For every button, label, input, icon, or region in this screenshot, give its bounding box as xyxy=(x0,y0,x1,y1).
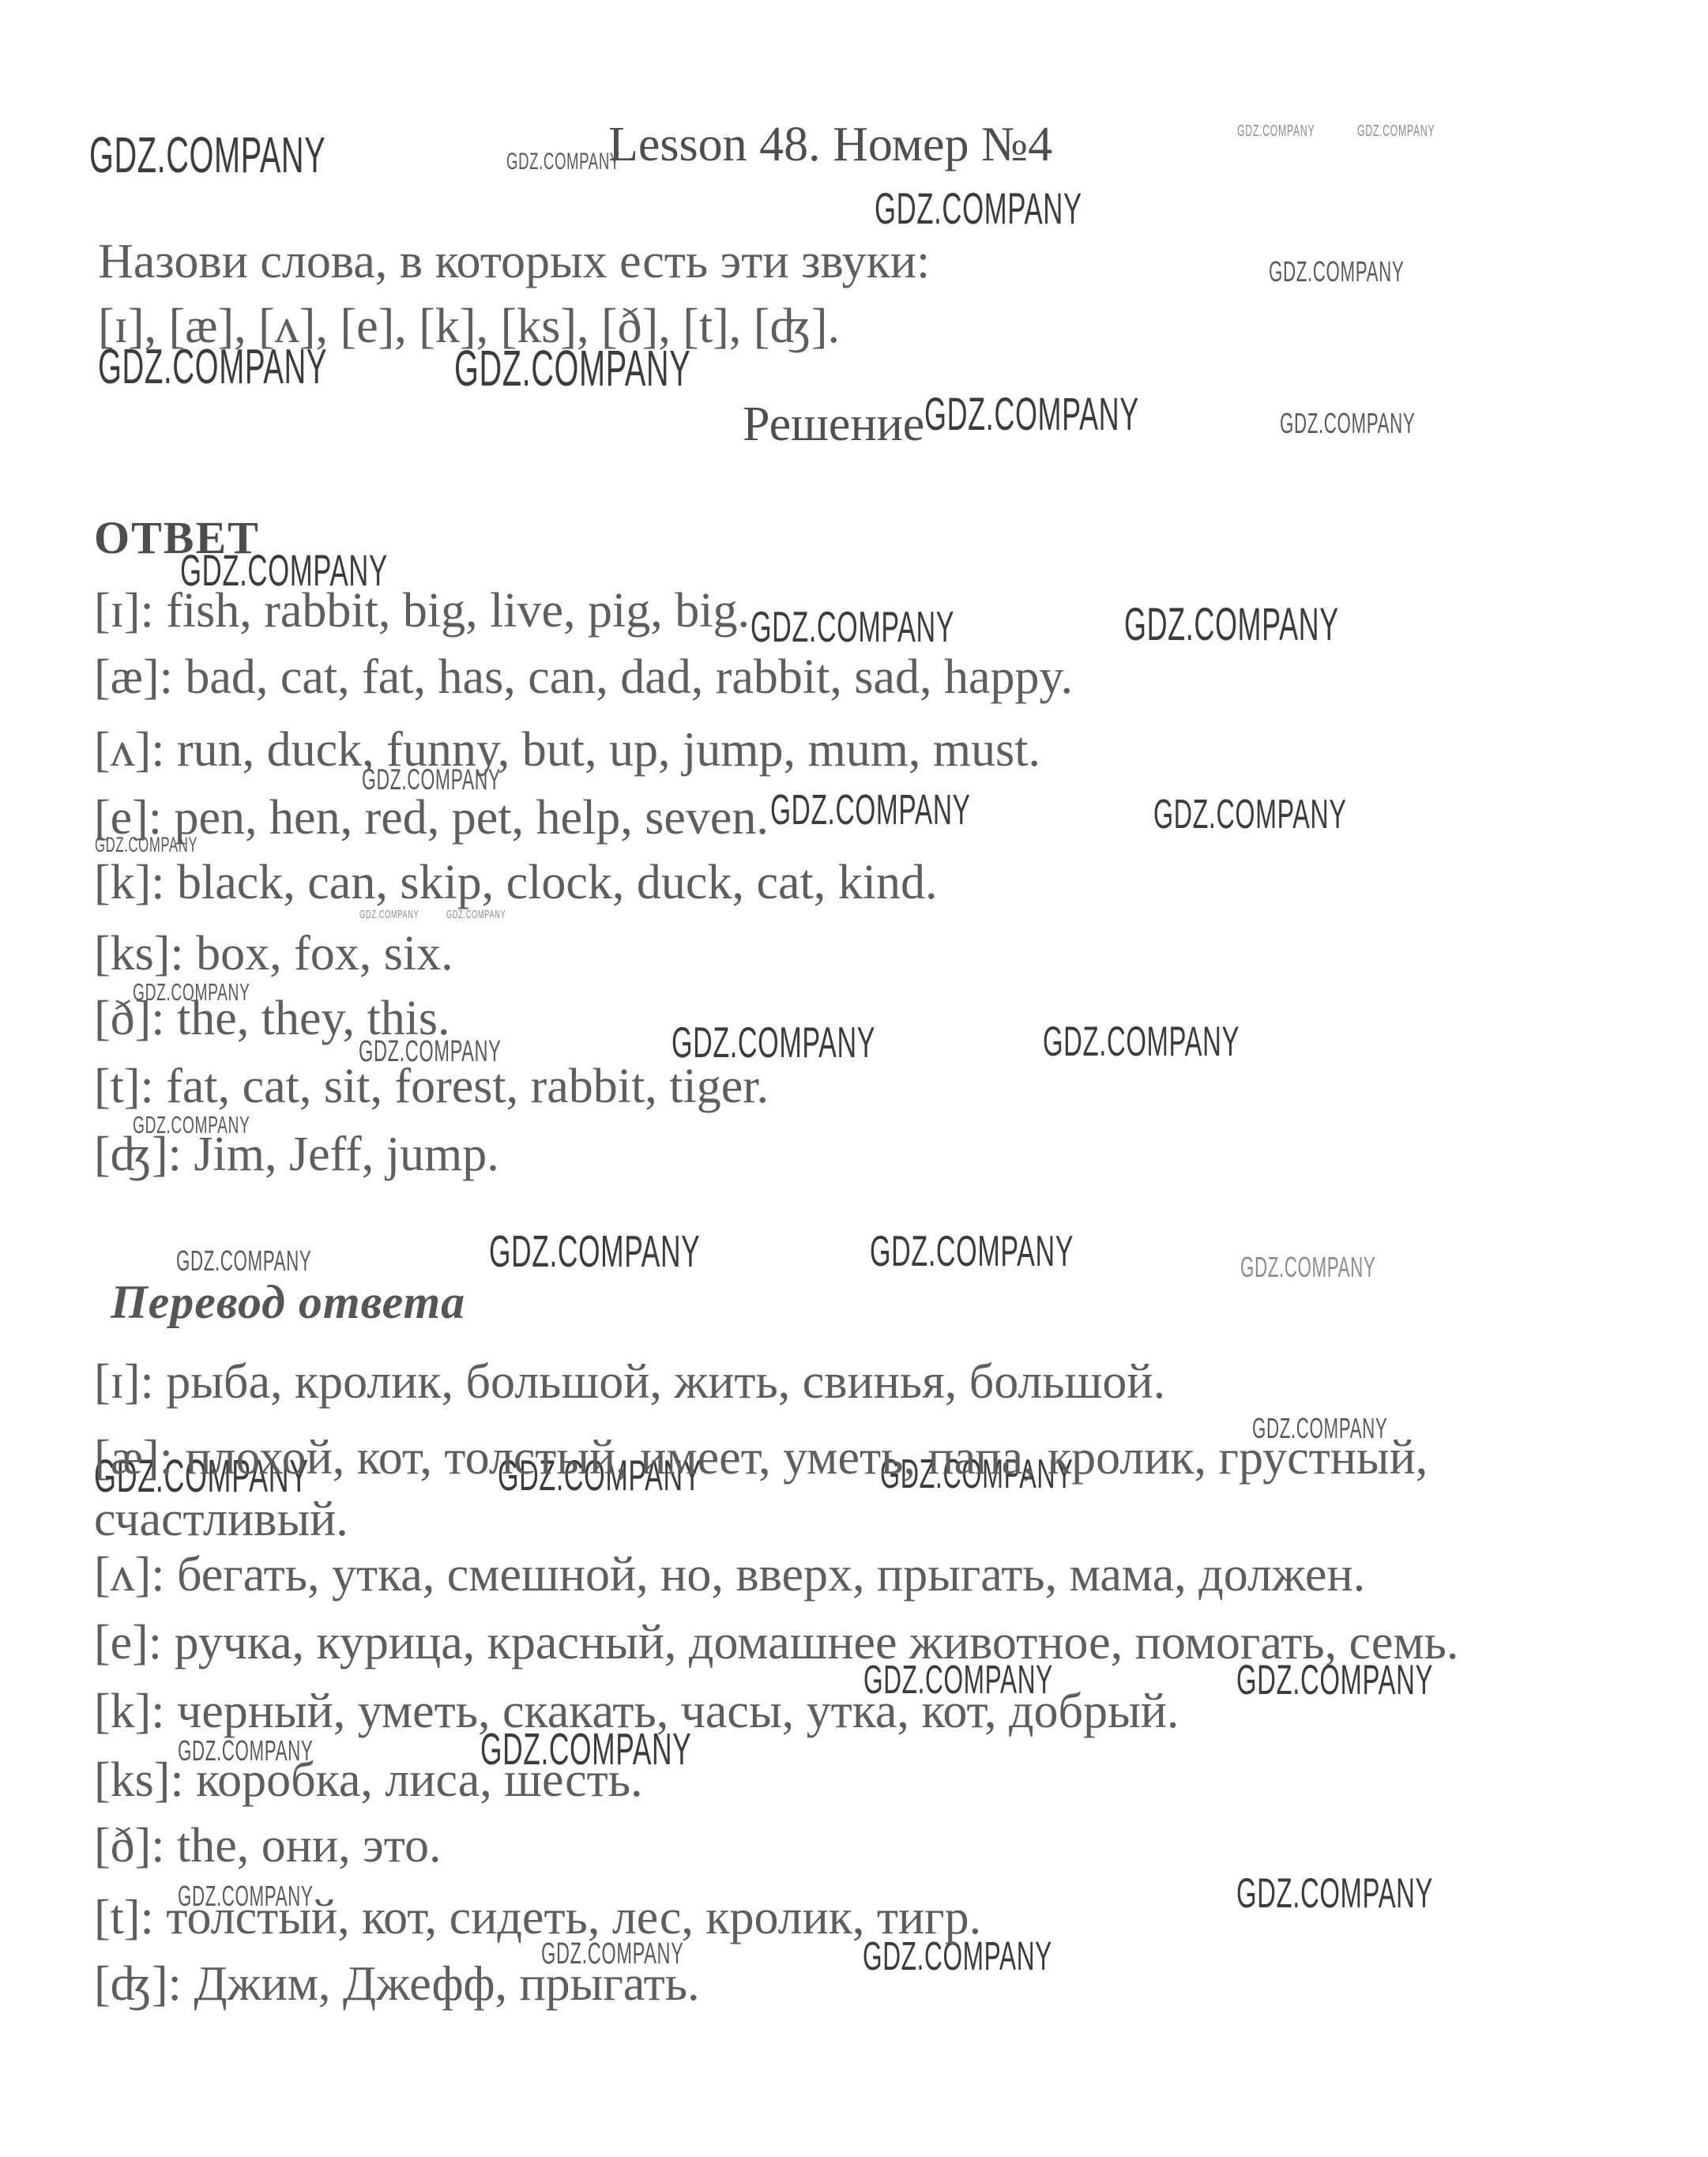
answer-line: [ɪ]: fish, rabbit, big, live, pig, big. xyxy=(94,586,750,635)
translation-heading: Перевод ответа xyxy=(111,1278,465,1326)
content-layer: Lesson 48. Номер №4 Назови слова, в кото… xyxy=(0,0,1708,2157)
document-page: GDZ.COMPANYGDZ.COMPANYGDZ.COMPANYGDZ.COM… xyxy=(0,0,1708,2157)
answer-line: [ʌ]: run, duck, funny, but, up, jump, mu… xyxy=(94,725,1040,774)
translation-line: [ks]: коробка, лиса, шесть. xyxy=(94,1756,642,1805)
answer-line: [æ]: bad, cat, fat, has, can, dad, rabbi… xyxy=(94,653,1073,702)
answer-heading: ОТВЕТ xyxy=(94,515,260,561)
translation-line: [ʌ]: бегать, утка, смешной, но, вверх, п… xyxy=(94,1550,1365,1599)
translation-line: [e]: ручка, курица, красный, домашнее жи… xyxy=(94,1618,1458,1667)
answer-line: [k]: black, can, skip, clock, duck, cat,… xyxy=(94,858,937,907)
answer-line: [t]: fat, cat, sit, forest, rabbit, tige… xyxy=(94,1062,769,1111)
translation-line: [ɪ]: рыба, кролик, большой, жить, свинья… xyxy=(94,1357,1165,1406)
translation-line: [k]: черный, уметь, скакать, часы, утка,… xyxy=(94,1687,1179,1736)
task-text: Назови слова, в которых есть эти звуки: xyxy=(98,237,930,286)
answer-line: [ks]: box, fox, six. xyxy=(94,929,453,978)
translation-line: [æ]: плохой, кот, толстый, имеет, уметь,… xyxy=(94,1427,1611,1550)
translation-line: [ʤ]: Джим, Джефф, прыгать. xyxy=(94,1959,700,2008)
page-title: Lesson 48. Номер №4 xyxy=(608,120,1052,169)
answer-line: [e]: pen, hen, red, pet, help, seven. xyxy=(94,793,769,842)
translation-line: [ð]: the, они, это. xyxy=(94,1821,442,1870)
answer-line: [ð]: the, they, this. xyxy=(94,994,450,1043)
sounds-list: [ɪ], [æ], [ʌ], [e], [k], [ks], [ð], [t],… xyxy=(98,302,840,351)
answer-line: [ʤ]: Jim, Jeff, jump. xyxy=(94,1130,499,1179)
translation-line: [t]: толстый, кот, сидеть, лес, кролик, … xyxy=(94,1893,981,1942)
solution-label: Решение xyxy=(743,400,924,449)
